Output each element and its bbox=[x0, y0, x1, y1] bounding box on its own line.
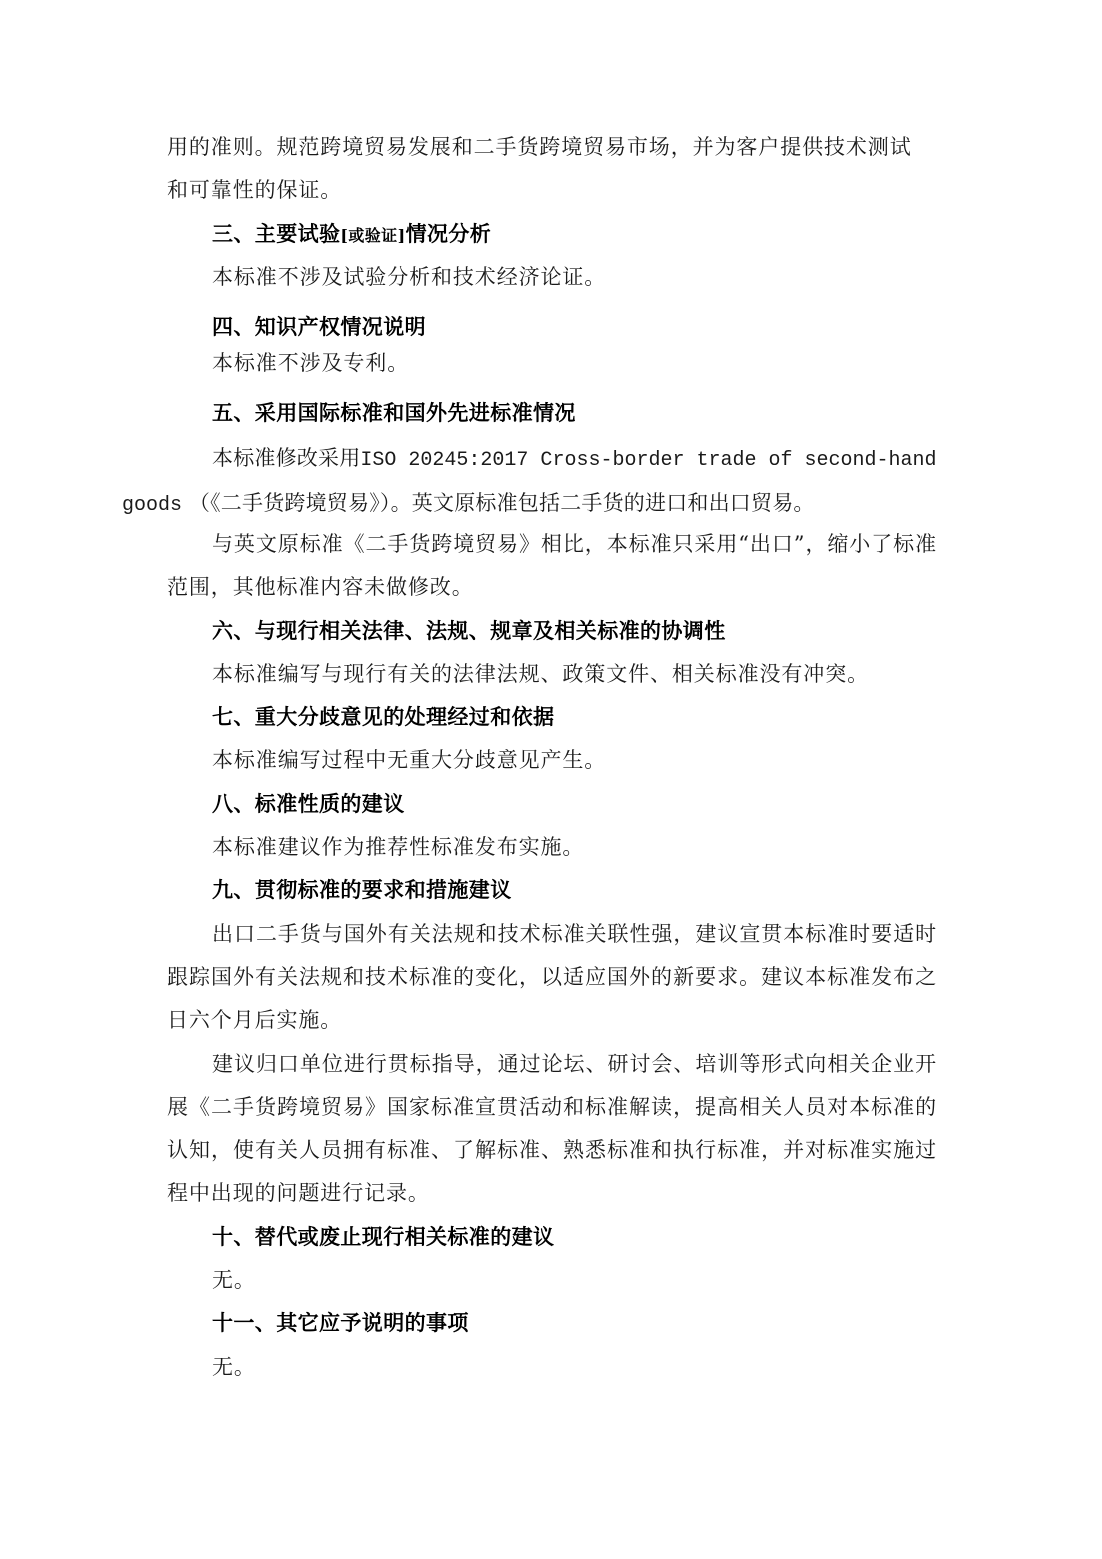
section-3-paragraph: 本标准不涉及试验分析和技术经济论证。 bbox=[167, 256, 937, 299]
section-4-paragraph: 本标准不涉及专利。 bbox=[167, 342, 937, 385]
continuation-line-2: 和可靠性的保证。 bbox=[167, 178, 342, 202]
section-8-paragraph: 本标准建议作为推荐性标准发布实施。 bbox=[167, 826, 937, 869]
section-9-heading: 九、贯彻标准的要求和措施建议 bbox=[212, 869, 937, 912]
section-7-heading: 七、重大分歧意见的处理经过和依据 bbox=[212, 696, 937, 739]
section-3-heading-bracket: [或验证] bbox=[340, 226, 405, 245]
section-6-paragraph: 本标准编写与现行有关的法律法规、政策文件、相关标准没有冲突。 bbox=[167, 653, 937, 696]
section-5-paragraph-2: 与英文原标准《二手货跨境贸易》相比，本标准只采用“出口”，缩小了标准范围，其他标… bbox=[167, 523, 937, 609]
section-9-paragraph-2: 建议归口单位进行贯标指导，通过论坛、研讨会、培训等形式向相关企业开展《二手货跨境… bbox=[167, 1043, 937, 1215]
continuation-paragraph: 用的准则。规范跨境贸易发展和二手货跨境贸易市场，并为客户提供技术测试 和可靠性的… bbox=[167, 126, 937, 212]
section-8-heading: 八、标准性质的建议 bbox=[212, 783, 937, 826]
section-3-heading: 三、主要试验[或验证]情况分析 bbox=[212, 213, 937, 257]
iso-standard-reference: ISO 20245:2017 Cross-border trade of sec… bbox=[360, 449, 936, 472]
section-5-heading: 五、采用国际标准和国外先进标准情况 bbox=[212, 392, 937, 435]
section-10-paragraph: 无。 bbox=[167, 1259, 937, 1302]
section-11-paragraph: 无。 bbox=[167, 1346, 937, 1389]
section-5-paragraph-1: 本标准修改采用ISO 20245:2017 Cross-border trade… bbox=[167, 437, 937, 527]
section-10-heading: 十、替代或废止现行相关标准的建议 bbox=[212, 1216, 937, 1259]
section-6-heading: 六、与现行相关法律、法规、规章及相关标准的协调性 bbox=[212, 610, 937, 653]
section-11-heading: 十一、其它应予说明的事项 bbox=[212, 1302, 937, 1345]
document-page: 用的准则。规范跨境贸易发展和二手货跨境贸易市场，并为客户提供技术测试 和可靠性的… bbox=[0, 0, 1102, 1559]
section-9-paragraph-1: 出口二手货与国外有关法规和技术标准关联性强，建议宣贯本标准时要适时跟踪国外有关法… bbox=[167, 913, 937, 1042]
continuation-line-1: 用的准则。规范跨境贸易发展和二手货跨境贸易市场，并为客户提供技术测试 bbox=[167, 135, 912, 159]
section-7-paragraph: 本标准编写过程中无重大分歧意见产生。 bbox=[167, 739, 937, 782]
